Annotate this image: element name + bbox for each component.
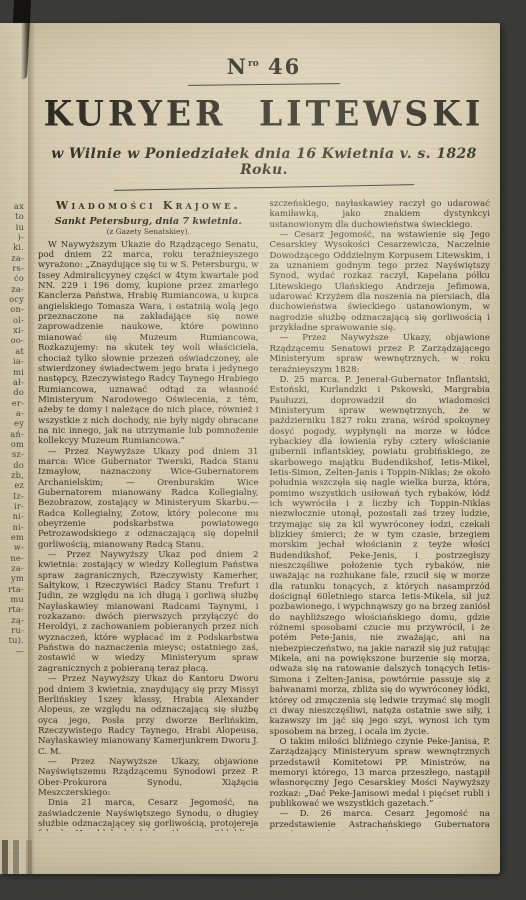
scanned-newspaper-page: ax to iu )- ki. za- rs- ćo za- ocy on- o… xyxy=(0,0,526,900)
facing-page-text-fragments: ax to iu )- ki. za- rs- ćo za- ocy on- o… xyxy=(0,201,24,656)
article-paragraph: O takim miłości bliźniego czynie Peke-Ja… xyxy=(270,737,491,809)
issue-value: 46 xyxy=(268,54,301,79)
section-source: (z Gazety Senatskiey). xyxy=(38,228,259,237)
masthead-rule-bottom xyxy=(114,184,414,191)
publication-dateline: w Wilnie w Poniedziałek dnia 16 Kwietnia… xyxy=(38,146,490,178)
issue-number: Nro 46 xyxy=(38,54,490,79)
issue-superscript: ro xyxy=(248,59,259,69)
fold-shadow xyxy=(28,23,38,874)
article-paragraph: — D. 26 marca. Cesarz Jegomość na przeds… xyxy=(270,809,491,831)
issue-prefix: N xyxy=(227,54,248,79)
article-paragraph: — Przez Naywyższy Ukaz pod dniem 2 kwiet… xyxy=(38,550,259,674)
facing-page-fold: ax to iu )- ki. za- rs- ćo za- ocy on- o… xyxy=(0,23,30,874)
article-paragraph: — Przez Naywyższe Ukazy, objawione Rządz… xyxy=(270,333,491,374)
masthead-rule-top xyxy=(188,83,340,86)
article-paragraph: — Przez Naywyższe Ukazy pod dniem 31 mar… xyxy=(38,447,259,550)
article-paragraph: W Naywyższym Ukazie do Rządzącego Senatu… xyxy=(38,240,259,447)
section-heading: Wiadomości Krajowe. xyxy=(38,199,259,212)
article-columns: Wiadomości Krajowe. Sankt Petersburg, dn… xyxy=(38,199,490,831)
left-column: Wiadomości Krajowe. Sankt Petersburg, dn… xyxy=(38,199,259,831)
article-paragraph: — Cesarz Jegomość, na wstawienie się Jeg… xyxy=(270,230,491,333)
article-paragraph: D. 25 marca. P. Jenerał-Gubernator Infla… xyxy=(270,375,491,737)
page-content: Nro 46 KURYER LITEWSKI w Wilnie w Ponied… xyxy=(38,23,490,874)
paper-sheet: ax to iu )- ki. za- rs- ćo za- ocy on- o… xyxy=(0,23,500,874)
newspaper-title: KURYER LITEWSKI xyxy=(38,93,490,134)
article-paragraph-continuation: szczeńskiego, nayłaskawiey raczył go uda… xyxy=(270,199,491,230)
right-column: szczeńskiego, nayłaskawiey raczył go uda… xyxy=(270,199,491,831)
article-paragraph: — Przez Naywyższe Ukazy, objawione Nayśw… xyxy=(38,757,259,798)
article-paragraph: — Przez Naywyższy Ukaz do Kantoru Dworu … xyxy=(38,674,259,757)
article-paragraph: Dnia 21 marca, Cesarz Jegomość, na zaświ… xyxy=(38,798,259,831)
